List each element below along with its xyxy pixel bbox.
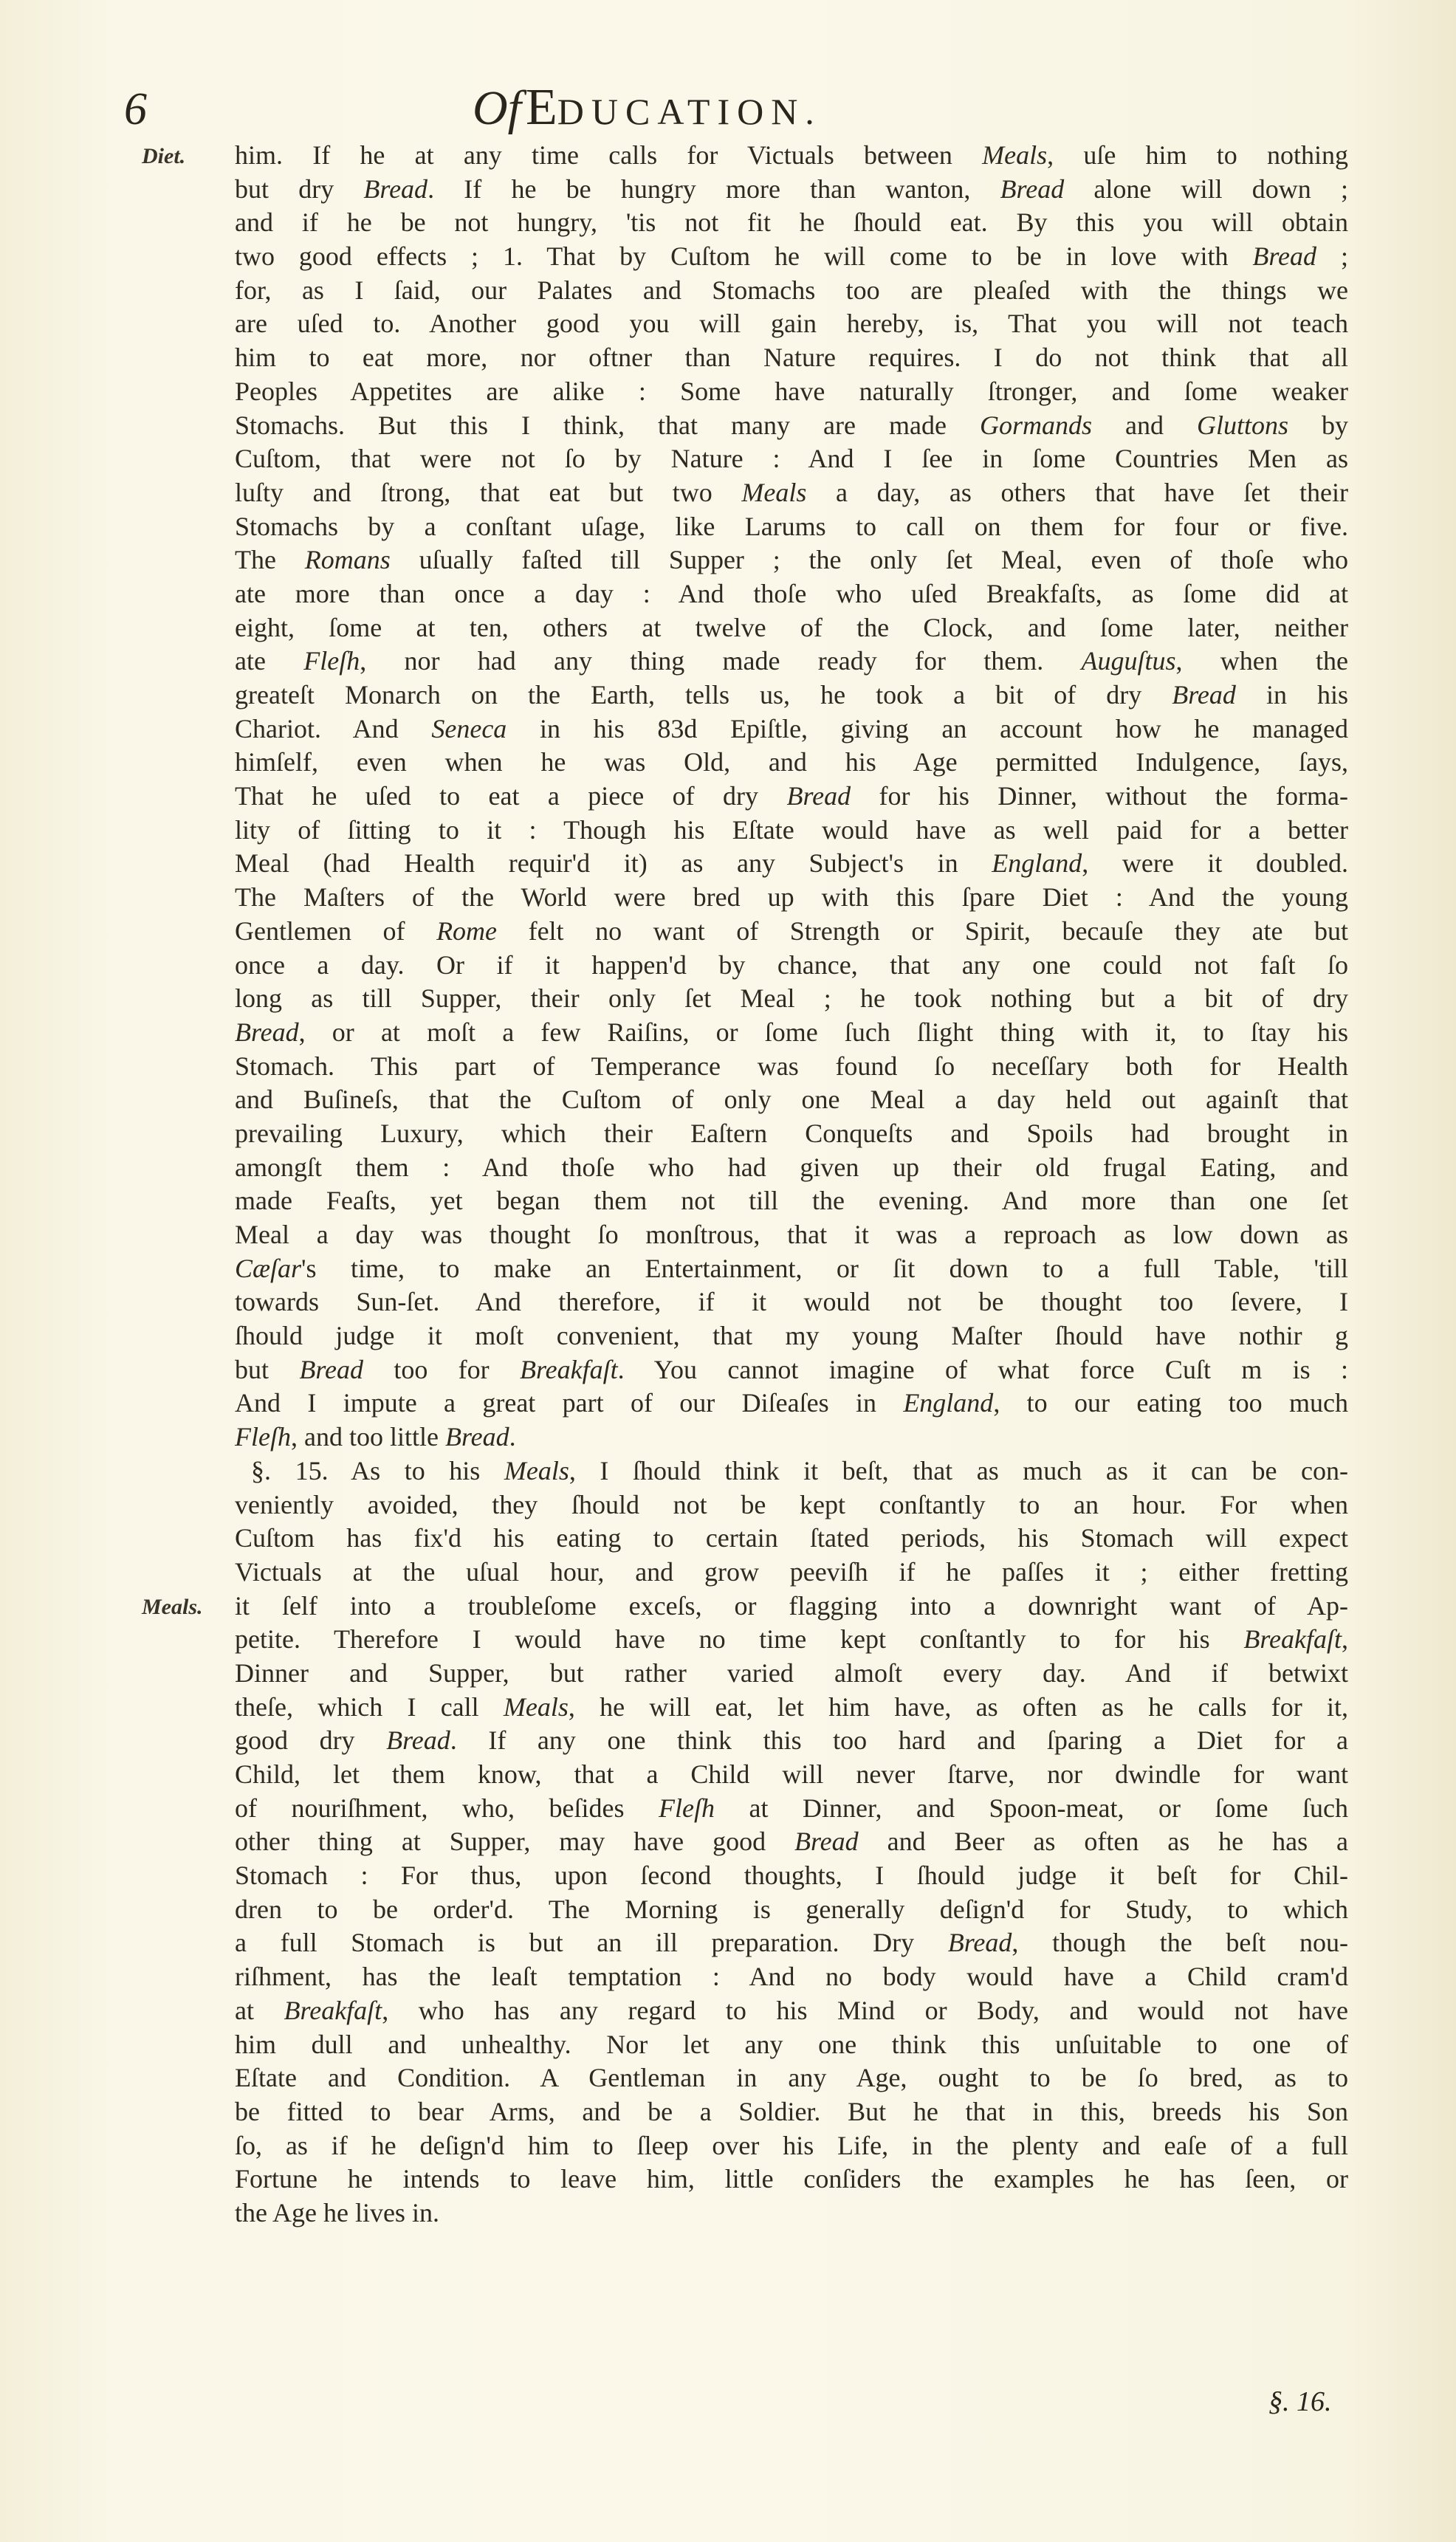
text-line: petite. Therefore I would have no time k…	[235, 1623, 1348, 1657]
text-line: theſe, which I call Meals, he will eat, …	[235, 1691, 1348, 1725]
text-line: two good effects ; 1. That by Cuſtom he …	[235, 240, 1348, 274]
margin-note-meals: Meals.	[142, 1595, 203, 1620]
text-line: Stomach. This part of Temperance was fou…	[235, 1050, 1348, 1084]
text-line: eight, ſome at ten, others at twelve of …	[235, 611, 1348, 645]
paragraph-meals: §. 15. As to his Meals, I ſhould think i…	[235, 1454, 1348, 2230]
text-line: amongſt them : And thoſe who had given u…	[235, 1151, 1348, 1185]
text-line: Dinner and Supper, but rather varied alm…	[235, 1657, 1348, 1691]
text-line: and Buſineſs, that the Cuſtom of only on…	[235, 1083, 1348, 1117]
text-line: Peoples Appetites are alike : Some have …	[235, 375, 1348, 409]
text-line: veniently avoided, they ſhould not be ke…	[235, 1488, 1348, 1522]
text-line: him. If he at any time calls for Victual…	[235, 139, 1348, 173]
text-line: Cuſtom, that were not ſo by Nature : And…	[235, 442, 1348, 476]
text-line: Victuals at the uſual hour, and grow pee…	[235, 1556, 1348, 1590]
text-line: Meal a day was thought ſo monſtrous, tha…	[235, 1218, 1348, 1252]
title-rest: DUCATION.	[557, 91, 822, 132]
title-prefix: Of	[473, 81, 521, 135]
text-line: Child, let them know, that a Child will …	[235, 1758, 1348, 1792]
text-line: ate Fleſh, nor had any thing made ready …	[235, 645, 1348, 679]
text-line: Bread, or at moſt a few Raiſins, or ſome…	[235, 1016, 1348, 1050]
text-line: at Breakfaſt, who has any regard to his …	[235, 1994, 1348, 2028]
text-line: long as till Supper, their only ſet Meal…	[235, 982, 1348, 1016]
text-line: made Feaſts, yet began them not till the…	[235, 1184, 1348, 1218]
text-line: towards Sun-ſet. And therefore, if it wo…	[235, 1285, 1348, 1319]
text-line: §. 15. As to his Meals, I ſhould think i…	[235, 1454, 1348, 1488]
text-line: him to eat more, nor oftner than Nature …	[235, 341, 1348, 375]
text-line: Chariot. And Seneca in his 83d Epiſtle, …	[235, 712, 1348, 746]
text-line: Cuſtom has fix'd his eating to certain ſ…	[235, 1522, 1348, 1556]
chapter-title: OfEDUCATION.	[473, 77, 822, 142]
text-line: Gentlemen of Rome felt no want of Streng…	[235, 915, 1348, 949]
text-line: lity of ſitting to it : Though his Eſtat…	[235, 814, 1348, 848]
text-line: for, as I ſaid, our Palates and Stomachs…	[235, 274, 1348, 308]
paragraph-diet: him. If he at any time calls for Victual…	[235, 139, 1348, 1454]
text-line: Fleſh, and too little Bread.	[235, 1421, 1348, 1454]
text-line: be fitted to bear Arms, and be a Soldier…	[235, 2095, 1348, 2129]
text-line: dren to be order'd. The Morning is gener…	[235, 1893, 1348, 1927]
text-line: Eſtate and Condition. A Gentleman in any…	[235, 2061, 1348, 2095]
text-line: a full Stomach is but an ill preparation…	[235, 1926, 1348, 1960]
text-line: ate more than once a day : And thoſe who…	[235, 577, 1348, 611]
text-line: good dry Bread. If any one think this to…	[235, 1724, 1348, 1758]
text-line: Cæſar's time, to make an Entertainment, …	[235, 1252, 1348, 1286]
page-number: 6	[124, 80, 147, 139]
text-line: him dull and unhealthy. Nor let any one …	[235, 2028, 1348, 2062]
book-page: 6 OfEDUCATION. Diet. Meals. him. If he a…	[0, 0, 1456, 2542]
text-line: it ſelf into a troubleſome exceſs, or fl…	[235, 1590, 1348, 1624]
text-line: And I impute a great part of our Diſeaſe…	[235, 1387, 1348, 1421]
margin-note-diet: Diet.	[142, 144, 185, 169]
text-line: The Romans uſually faſted till Supper ; …	[235, 543, 1348, 577]
text-line: Stomach : For thus, upon ſecond thoughts…	[235, 1859, 1348, 1893]
text-line: luſty and ſtrong, that eat but two Meals…	[235, 476, 1348, 510]
text-line: are uſed to. Another good you will gain …	[235, 307, 1348, 341]
text-line: ſhould judge it moſt convenient, that my…	[235, 1319, 1348, 1353]
text-line: That he uſed to eat a piece of dry Bread…	[235, 780, 1348, 814]
text-line: once a day. Or if it happen'd by chance,…	[235, 949, 1348, 983]
title-initial: E	[526, 79, 557, 136]
text-line: and if he be not hungry, 'tis not fit he…	[235, 206, 1348, 240]
running-head: 6 OfEDUCATION.	[124, 80, 1350, 139]
body-text: him. If he at any time calls for Victual…	[235, 139, 1348, 2230]
text-line: the Age he lives in.	[235, 2196, 1348, 2230]
text-line: prevailing Luxury, which their Eaſtern C…	[235, 1117, 1348, 1151]
text-line: Stomachs by a conſtant uſage, like Larum…	[235, 510, 1348, 544]
text-line: Stomachs. But this I think, that many ar…	[235, 409, 1348, 443]
text-line: greateſt Monarch on the Earth, tells us,…	[235, 679, 1348, 712]
text-line: but dry Bread. If he be hungry more than…	[235, 173, 1348, 207]
text-line: Meal (had Health requir'd it) as any Sub…	[235, 847, 1348, 881]
text-line: riſhment, has the leaſt temptation : And…	[235, 1960, 1348, 1994]
text-line: but Bread too for Breakfaſt. You cannot …	[235, 1353, 1348, 1387]
text-line: Fortune he intends to leave him, little …	[235, 2163, 1348, 2196]
text-line: other thing at Supper, may have good Bre…	[235, 1825, 1348, 1859]
text-line: ſo, as if he deſign'd him to ſleep over …	[235, 2129, 1348, 2163]
catchword: §. 16.	[1268, 2385, 1332, 2419]
text-line: of nouriſhment, who, beſides Fleſh at Di…	[235, 1792, 1348, 1826]
text-line: himſelf, even when he was Old, and his A…	[235, 746, 1348, 780]
text-line: The Maſters of the World were bred up wi…	[235, 881, 1348, 915]
